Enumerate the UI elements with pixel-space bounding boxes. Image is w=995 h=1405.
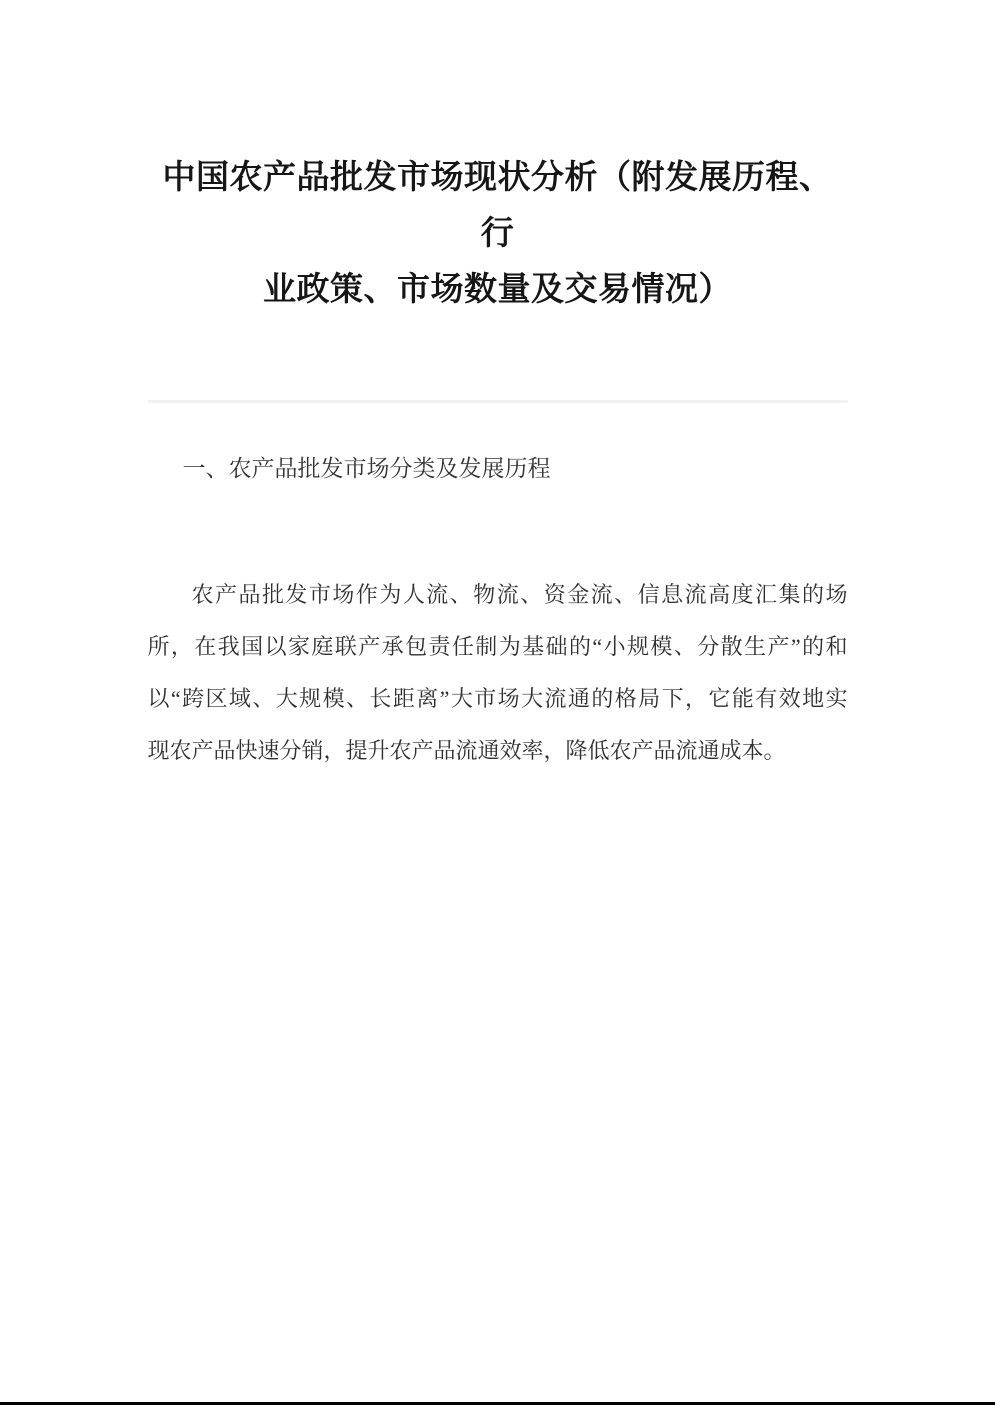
paragraph-line-2: 所，在我国以家庭联产承包责任制为基础的“小规模、分散生产”的和	[148, 621, 848, 673]
paragraph-line-1: 农产品批发市场作为人流、物流、资金流、信息流高度汇集的场	[148, 569, 848, 621]
document-content: 中国农产品批发市场现状分析（附发展历程、行 业政策、市场数量及交易情况） 一、农…	[148, 0, 848, 777]
paragraph-line-4: 现农产品快速分销，提升农产品流通效率，降低农产品流通成本。	[148, 725, 848, 777]
document-title-line-2: 业政策、市场数量及交易情况）	[148, 262, 848, 318]
document-page: 中国农产品批发市场现状分析（附发展历程、行 业政策、市场数量及交易情况） 一、农…	[0, 0, 995, 1405]
paragraph-line-3: 以“跨区域、大规模、长距离”大市场大流通的格局下，它能有效地实	[148, 673, 848, 725]
document-title: 中国农产品批发市场现状分析（附发展历程、行 业政策、市场数量及交易情况）	[148, 0, 848, 318]
document-title-line-1: 中国农产品批发市场现状分析（附发展历程、行	[148, 150, 848, 262]
section-heading: 一、农产品批发市场分类及发展历程	[148, 453, 848, 485]
section-divider	[148, 400, 848, 403]
body-paragraph: 农产品批发市场作为人流、物流、资金流、信息流高度汇集的场 所，在我国以家庭联产承…	[148, 569, 848, 777]
